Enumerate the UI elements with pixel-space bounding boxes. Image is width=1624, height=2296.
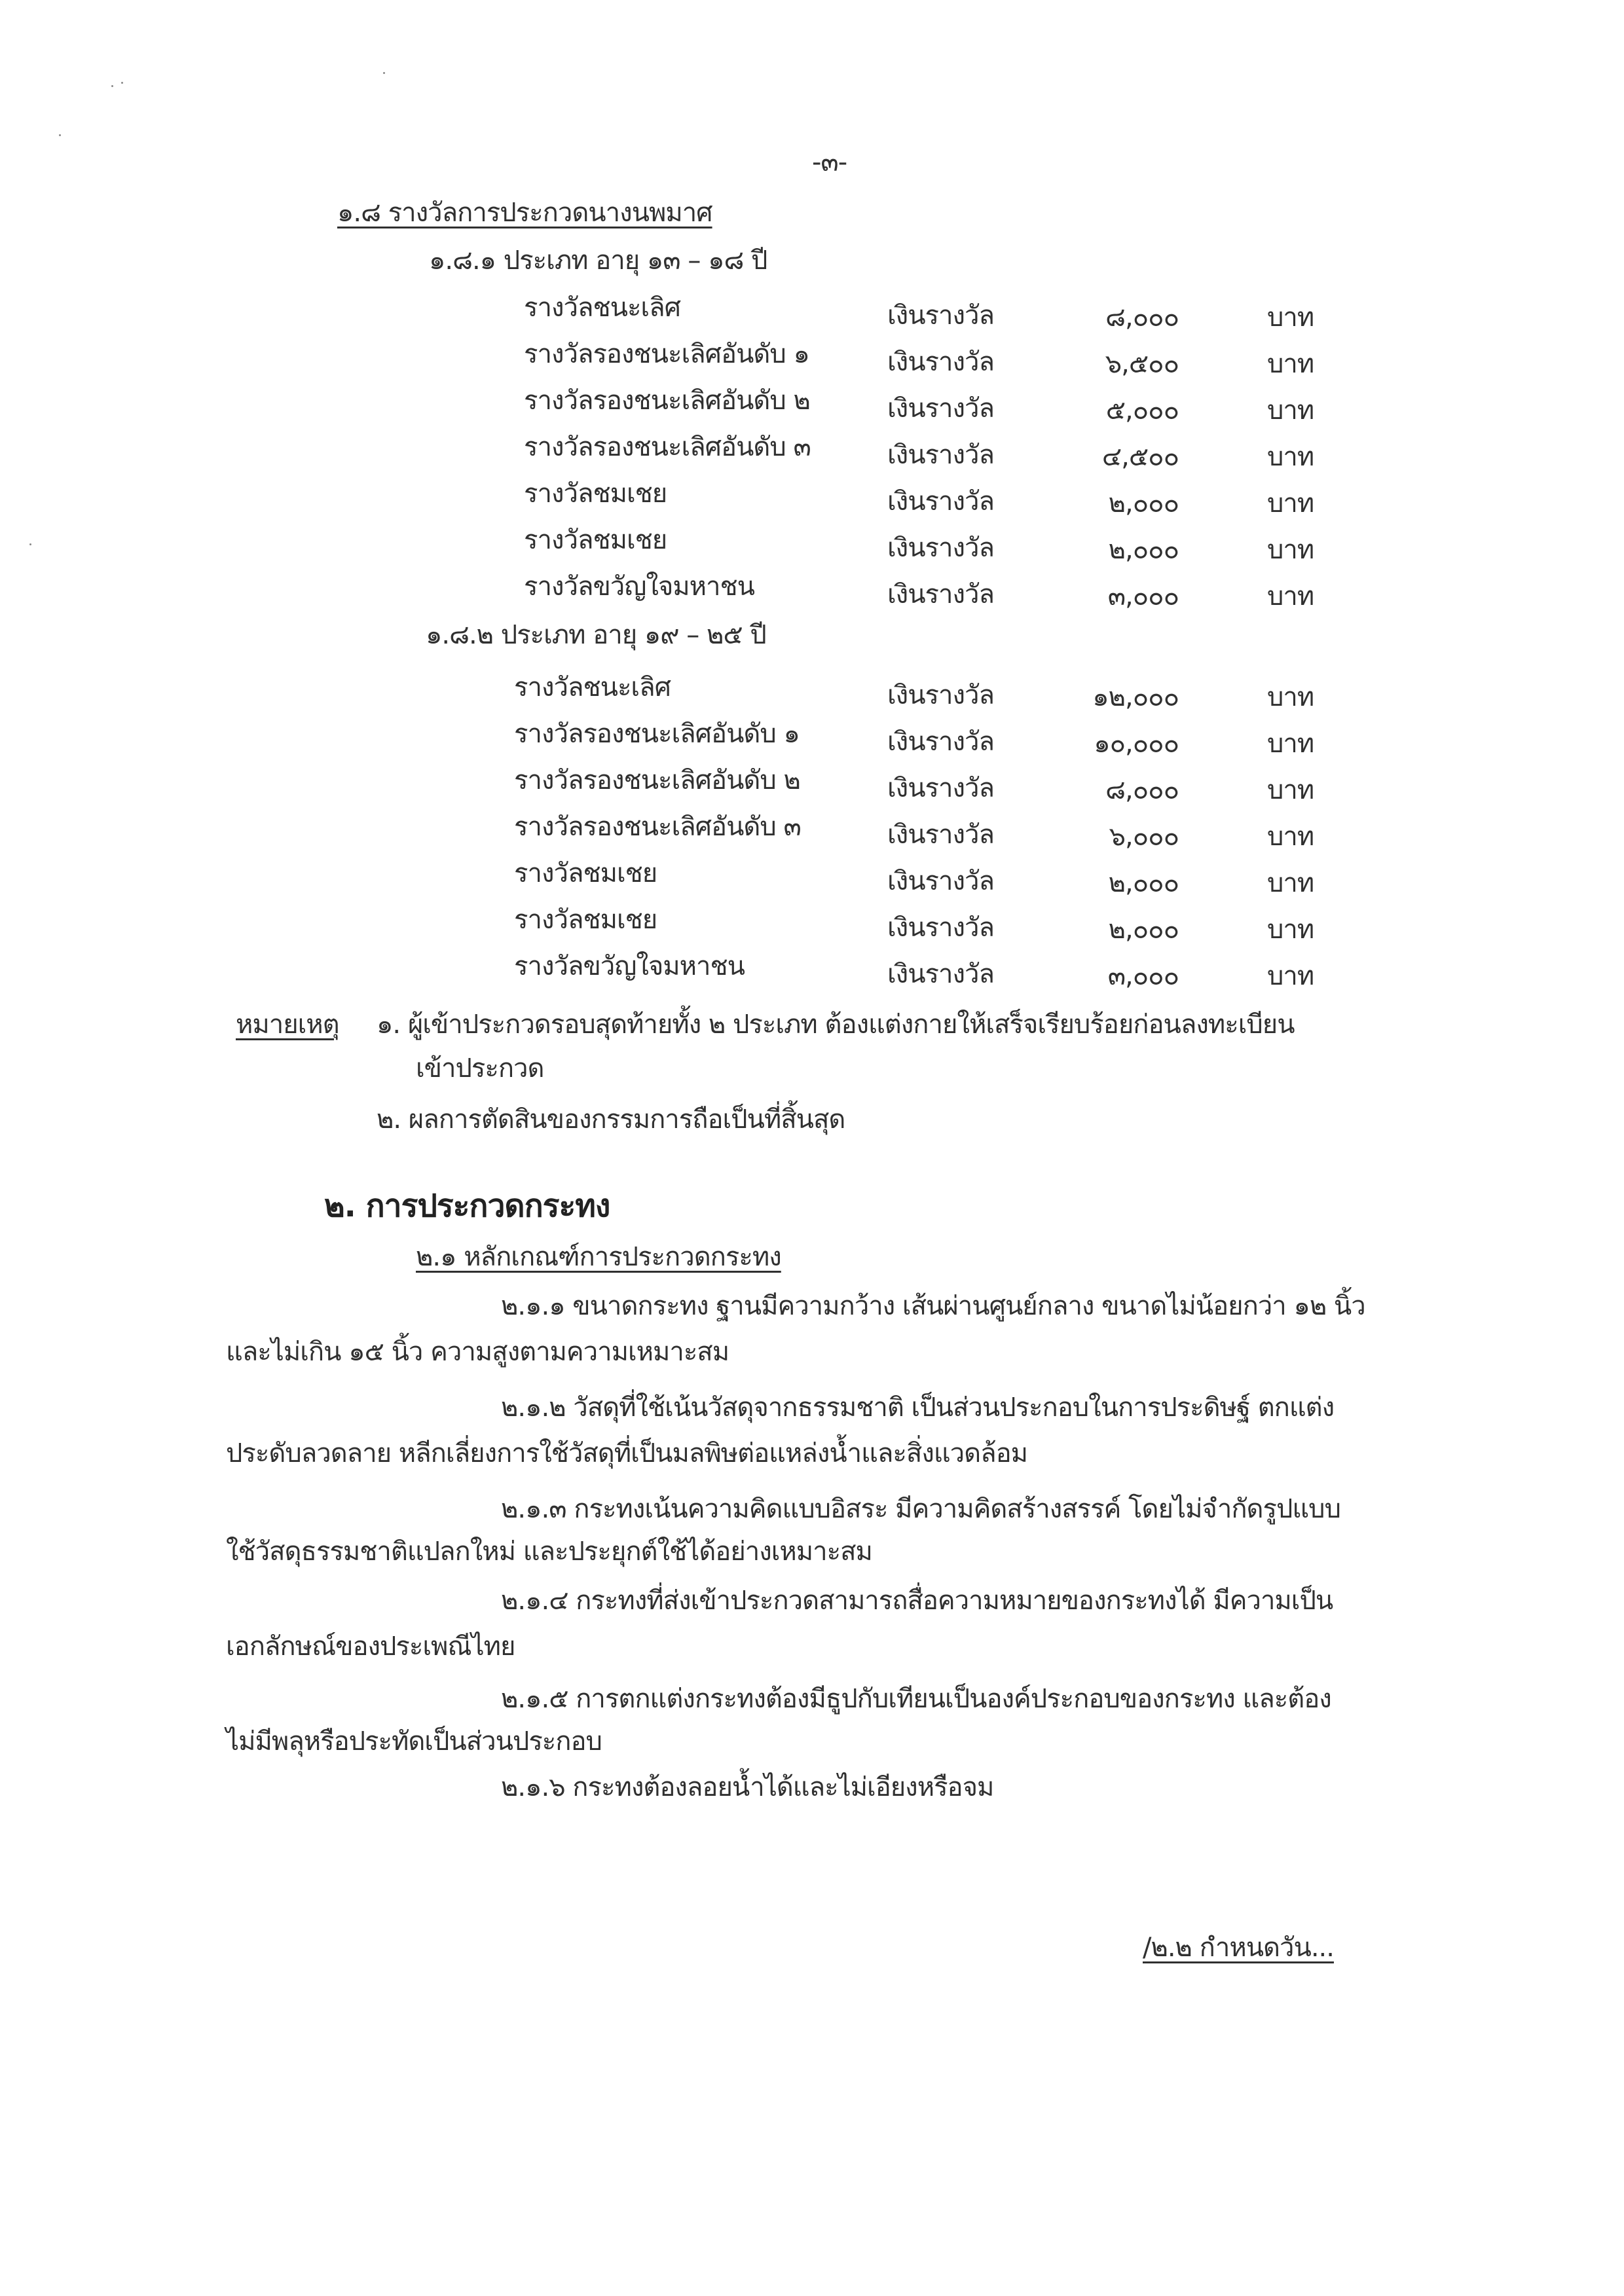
award-name: รางวัลขวัญใจมหาชน xyxy=(514,953,745,979)
criterion: ๒.๑.๑ ขนาดกระทง ฐานมีความกว้าง เส้นผ่านศ… xyxy=(501,1293,1365,1319)
prize-amount: ๓,๐๐๐ xyxy=(1048,583,1179,610)
scan-speck xyxy=(29,543,31,545)
prize-label: เงินรางวัล xyxy=(887,535,994,561)
currency-unit: บาท xyxy=(1267,917,1314,943)
prize-amount: ๘,๐๐๐ xyxy=(1048,304,1179,331)
award-name: รางวัลชมเชย xyxy=(514,907,657,933)
prize-amount: ๑๐,๐๐๐ xyxy=(1048,731,1179,757)
criterion: ๒.๑.๓ กระทงเน้นความคิดแบบอิสระ มีความคิด… xyxy=(501,1496,1340,1522)
prize-amount: ๖,๐๐๐ xyxy=(1048,824,1179,850)
award-name: รางวัลรองชนะเลิศอันดับ ๒ xyxy=(514,767,800,793)
currency-unit: บาท xyxy=(1267,351,1314,377)
criterion-continuation: และไม่เกิน ๑๕ นิ้ว ความสูงตามความเหมาะสม xyxy=(226,1339,729,1365)
currency-unit: บาท xyxy=(1267,777,1314,803)
currency-unit: บาท xyxy=(1267,304,1314,331)
currency-unit: บาท xyxy=(1267,397,1314,424)
note-item-continuation: เข้าประกวด xyxy=(416,1055,544,1082)
prize-amount: ๑๒,๐๐๐ xyxy=(1048,684,1179,710)
award-name: รางวัลขวัญใจมหาชน xyxy=(524,574,754,600)
section-1-8-heading: ๑.๘ รางวัลการประกวดนางนพมาศ xyxy=(337,200,712,226)
prize-label: เงินรางวัล xyxy=(887,961,994,987)
award-name: รางวัลรองชนะเลิศอันดับ ๓ xyxy=(514,814,801,840)
prize-label: เงินรางวัล xyxy=(887,868,994,894)
criterion-continuation: เอกลักษณ์ของประเพณีไทย xyxy=(226,1633,515,1660)
category-title: ๑.๘.๑ ประเภท อายุ ๑๓ – ๑๘ ปี xyxy=(429,247,767,274)
award-name: รางวัลรองชนะเลิศอันดับ ๓ xyxy=(524,434,811,460)
currency-unit: บาท xyxy=(1267,583,1314,610)
prize-amount: ๕,๐๐๐ xyxy=(1048,397,1179,424)
award-name: รางวัลชนะเลิศ xyxy=(514,674,671,701)
scan-speck xyxy=(121,82,123,84)
currency-unit: บาท xyxy=(1267,870,1314,896)
scan-speck xyxy=(383,72,385,74)
prize-label: เงินรางวัล xyxy=(887,682,994,708)
note-item: ๑. ผู้เข้าประกวดรอบสุดท้ายทั้ง ๒ ประเภท … xyxy=(377,1011,1295,1038)
criterion-continuation: ใช้วัสดุธรรมชาติแปลกใหม่ และประยุกต์ใช้ไ… xyxy=(226,1539,872,1565)
prize-label: เงินรางวัล xyxy=(887,302,994,329)
prize-label: เงินรางวัล xyxy=(887,822,994,848)
criterion: ๒.๑.๕ การตกแต่งกระทงต้องมีธูปกับเทียนเป็… xyxy=(501,1686,1331,1712)
criterion: ๒.๑.๒ วัสดุที่ใช้เน้นวัสดุจากธรรมชาติ เป… xyxy=(501,1394,1334,1421)
currency-unit: บาท xyxy=(1267,684,1314,710)
currency-unit: บาท xyxy=(1267,490,1314,517)
prize-amount: ๒,๐๐๐ xyxy=(1048,490,1179,517)
prize-label: เงินรางวัล xyxy=(887,581,994,608)
prize-amount: ๒,๐๐๐ xyxy=(1048,537,1179,563)
award-name: รางวัลชนะเลิศ xyxy=(524,295,680,321)
prize-label: เงินรางวัล xyxy=(887,729,994,755)
criterion-continuation: ไม่มีพลุหรือประทัดเป็นส่วนประกอบ xyxy=(226,1728,602,1755)
continuation-note: /๒.๒ กำหนดวัน... xyxy=(1143,1935,1334,1961)
prize-amount: ๒,๐๐๐ xyxy=(1048,917,1179,943)
prize-label: เงินรางวัล xyxy=(887,349,994,375)
criterion-continuation: ประดับลวดลาย หลีกเลี่ยงการใช้วัสดุที่เป็… xyxy=(226,1440,1027,1467)
award-name: รางวัลชมเชย xyxy=(524,527,667,553)
currency-unit: บาท xyxy=(1267,824,1314,850)
prize-label: เงินรางวัล xyxy=(887,442,994,468)
currency-unit: บาท xyxy=(1267,731,1314,757)
note-item: ๒. ผลการตัดสินของกรรมการถือเป็นที่สิ้นสุ… xyxy=(377,1106,845,1133)
section-2-1-heading: ๒.๑ หลักเกณฑ์การประกวดกระทง xyxy=(416,1244,781,1270)
prize-amount: ๒,๐๐๐ xyxy=(1048,870,1179,896)
prize-amount: ๔,๕๐๐ xyxy=(1048,444,1179,470)
criterion: ๒.๑.๔ กระทงที่ส่งเข้าประกวดสามารถสื่อควา… xyxy=(501,1588,1333,1614)
prize-label: เงินรางวัล xyxy=(887,775,994,801)
prize-amount: ๖,๕๐๐ xyxy=(1048,351,1179,377)
currency-unit: บาท xyxy=(1267,444,1314,470)
notes-label: หมายเหตุ xyxy=(236,1011,339,1038)
award-name: รางวัลชมเชย xyxy=(524,481,667,507)
award-name: รางวัลชมเชย xyxy=(514,860,657,886)
scan-speck xyxy=(111,85,113,87)
prize-label: เงินรางวัล xyxy=(887,915,994,941)
prize-amount: ๓,๐๐๐ xyxy=(1048,963,1179,989)
award-name: รางวัลรองชนะเลิศอันดับ ๑ xyxy=(514,721,800,747)
scan-speck xyxy=(59,134,61,136)
currency-unit: บาท xyxy=(1267,963,1314,989)
award-name: รางวัลรองชนะเลิศอันดับ ๑ xyxy=(524,341,809,367)
page-number: -๓- xyxy=(812,149,847,175)
prize-label: เงินรางวัล xyxy=(887,395,994,422)
prize-label: เงินรางวัล xyxy=(887,488,994,515)
criterion: ๒.๑.๖ กระทงต้องลอยน้ำได้และไม่เอียงหรือจ… xyxy=(501,1774,993,1800)
category-title: ๑.๘.๒ ประเภท อายุ ๑๙ – ๒๕ ปี xyxy=(426,622,766,648)
section-2-heading: ๒. การประกวดกระทง xyxy=(324,1190,610,1222)
prize-amount: ๘,๐๐๐ xyxy=(1048,777,1179,803)
currency-unit: บาท xyxy=(1267,537,1314,563)
award-name: รางวัลรองชนะเลิศอันดับ ๒ xyxy=(524,388,810,414)
